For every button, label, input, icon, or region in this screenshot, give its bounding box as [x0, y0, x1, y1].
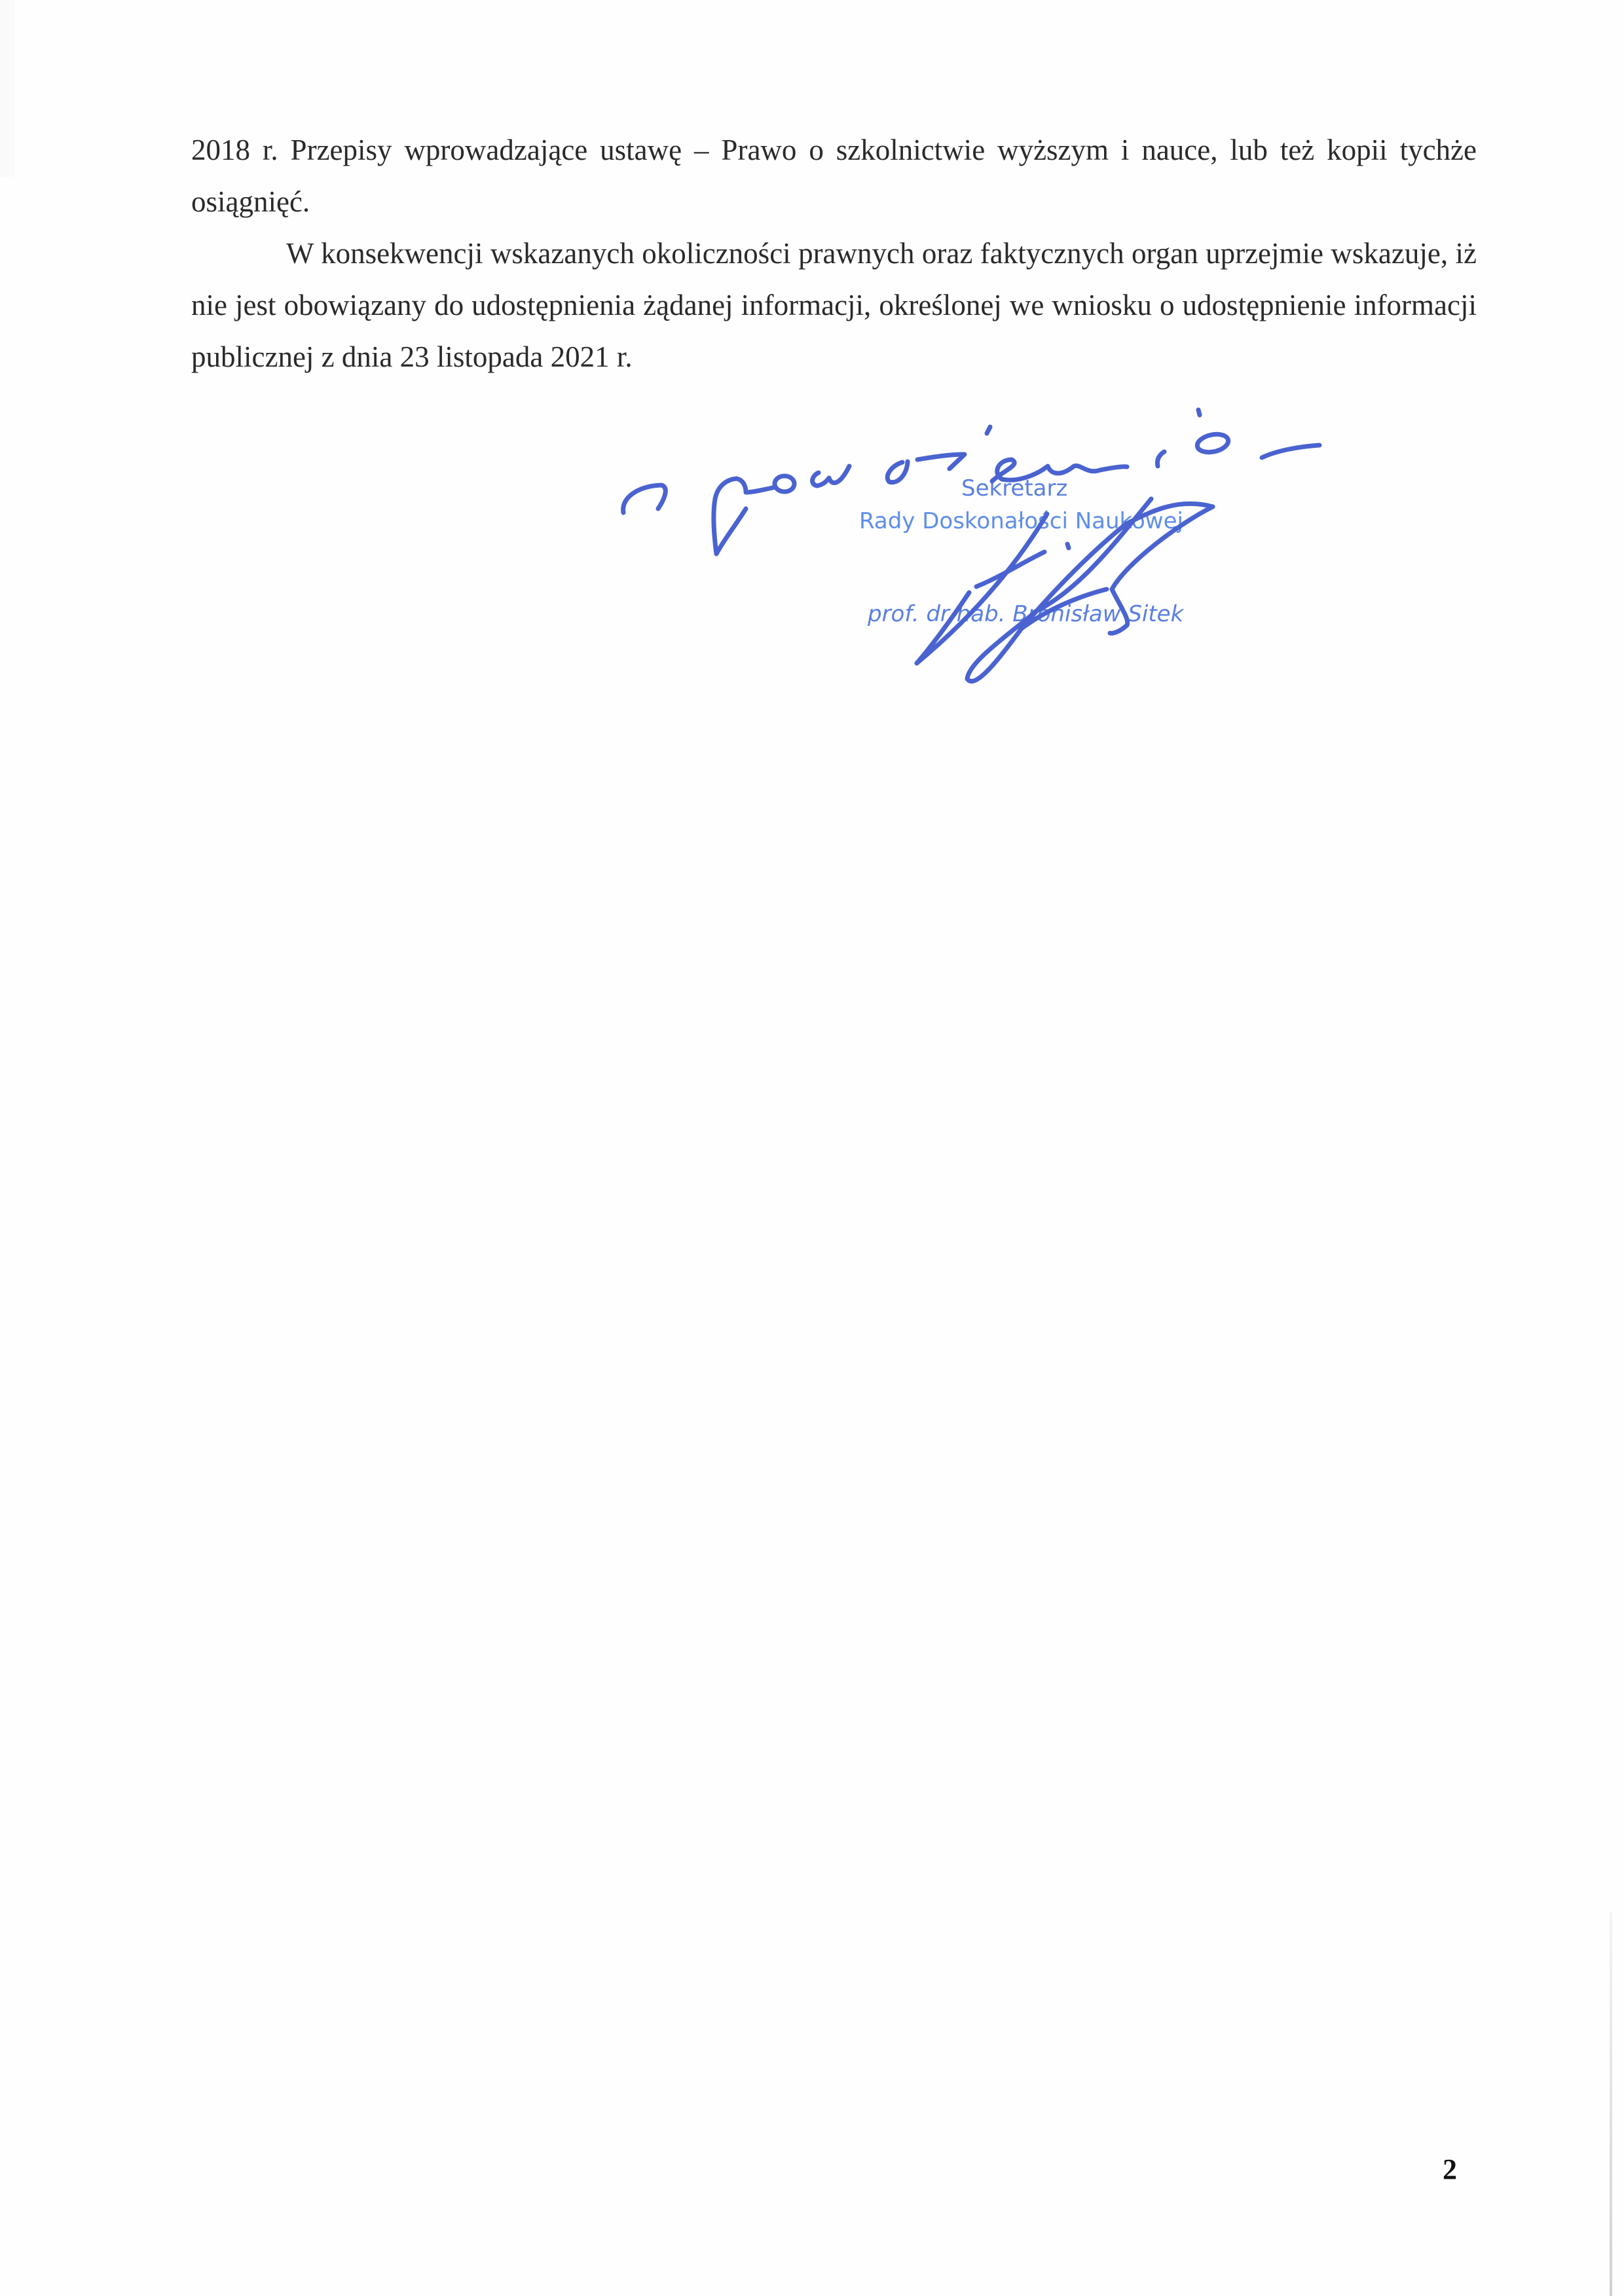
- paragraph-conclusion: W konsekwencji wskazanych okoliczności p…: [191, 228, 1477, 383]
- scan-edge-line: [1610, 1912, 1612, 2296]
- paragraph-continuation: 2018 r. Przepisy wprowadzające ustawę – …: [191, 124, 1477, 228]
- stamp-name: prof. dr hab. Bronisław Sitek: [868, 601, 1183, 627]
- document-page: 2018 r. Przepisy wprowadzające ustawę – …: [0, 0, 1624, 2296]
- page-number: 2: [1443, 2153, 1457, 2186]
- stamp-organization: Rady Doskonałości Naukowej: [859, 508, 1183, 534]
- scan-edge-shadow: [0, 0, 14, 177]
- stamp-title: Sekretarz: [961, 475, 1067, 501]
- body-text: 2018 r. Przepisy wprowadzające ustawę – …: [191, 124, 1477, 383]
